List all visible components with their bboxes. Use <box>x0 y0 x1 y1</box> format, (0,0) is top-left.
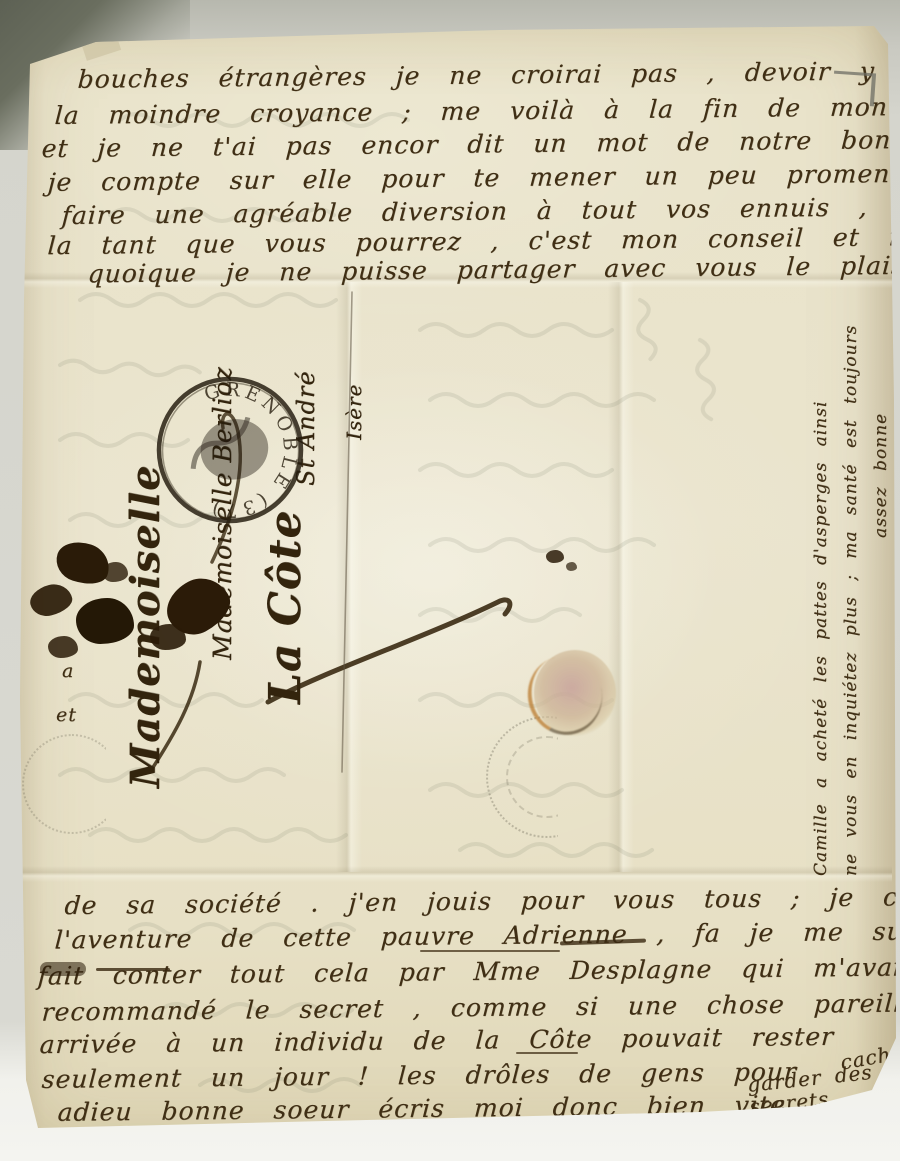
fold-crease-vertical-right <box>608 282 634 872</box>
handwritten-line: adieu bonne soeur écris moi donc bien vi… <box>57 1090 787 1127</box>
handwritten-line: arrivée à un individu de la Côte pouvait… <box>39 1022 835 1059</box>
ink-blot <box>76 598 134 644</box>
side-note-line: assez bonne <box>866 284 896 876</box>
ink-spot <box>546 550 564 563</box>
side-note-line: ne vous en inquiétez plus ; ma santé est… <box>836 284 866 876</box>
handwritten-line: pour moi père mère et notre chère amie <box>61 1120 751 1156</box>
side-note-line: Camille a acheté les pattes d'asperges a… <box>806 284 836 876</box>
handwritten-line: seulement un jour ! les drôles de gens p… <box>41 1057 798 1094</box>
fold-crease-horizontal-bottom <box>22 866 892 882</box>
ink-blot <box>48 636 78 658</box>
arrival-stamp-faint <box>480 712 558 842</box>
letter-paper: bouches étrangères je ne croirai pas , d… <box>0 0 900 1161</box>
strike-through-mark <box>96 968 170 971</box>
side-note: Camille a acheté les pattes d'asperges a… <box>806 284 900 374</box>
pencil-bracket-mark <box>832 71 876 107</box>
underline-mark <box>516 1052 578 1054</box>
ink-spot <box>566 562 577 571</box>
handwritten-line: bouches étrangères je ne croirai pas , d… <box>77 53 900 97</box>
ink-correction-blot <box>40 962 86 976</box>
underline-mark <box>420 950 560 952</box>
handwritten-line: l'aventure de cette pauvre Adrienne , fa… <box>54 916 900 954</box>
ink-blot <box>150 624 186 650</box>
handwritten-line: recommandé le secret , comme si une chos… <box>41 988 900 1026</box>
seal-stamp-faint-left <box>20 732 106 836</box>
ink-blot <box>102 562 128 582</box>
letter-scan: bouches étrangères je ne croirai pas , d… <box>0 0 900 1161</box>
address-line-departement: Isère <box>342 360 422 390</box>
margin-word-a: a <box>62 660 74 682</box>
handwritten-line: fait conter tout cela par Mme Desplagne … <box>37 952 900 990</box>
ink-dash <box>0 1104 30 1117</box>
handwritten-line: de sa société . j'en jouis pour vous tou… <box>64 881 900 920</box>
margin-word-et: et <box>56 704 77 726</box>
address-line-town: La Côte <box>260 512 452 588</box>
signature-initials: N B <box>702 1126 750 1150</box>
